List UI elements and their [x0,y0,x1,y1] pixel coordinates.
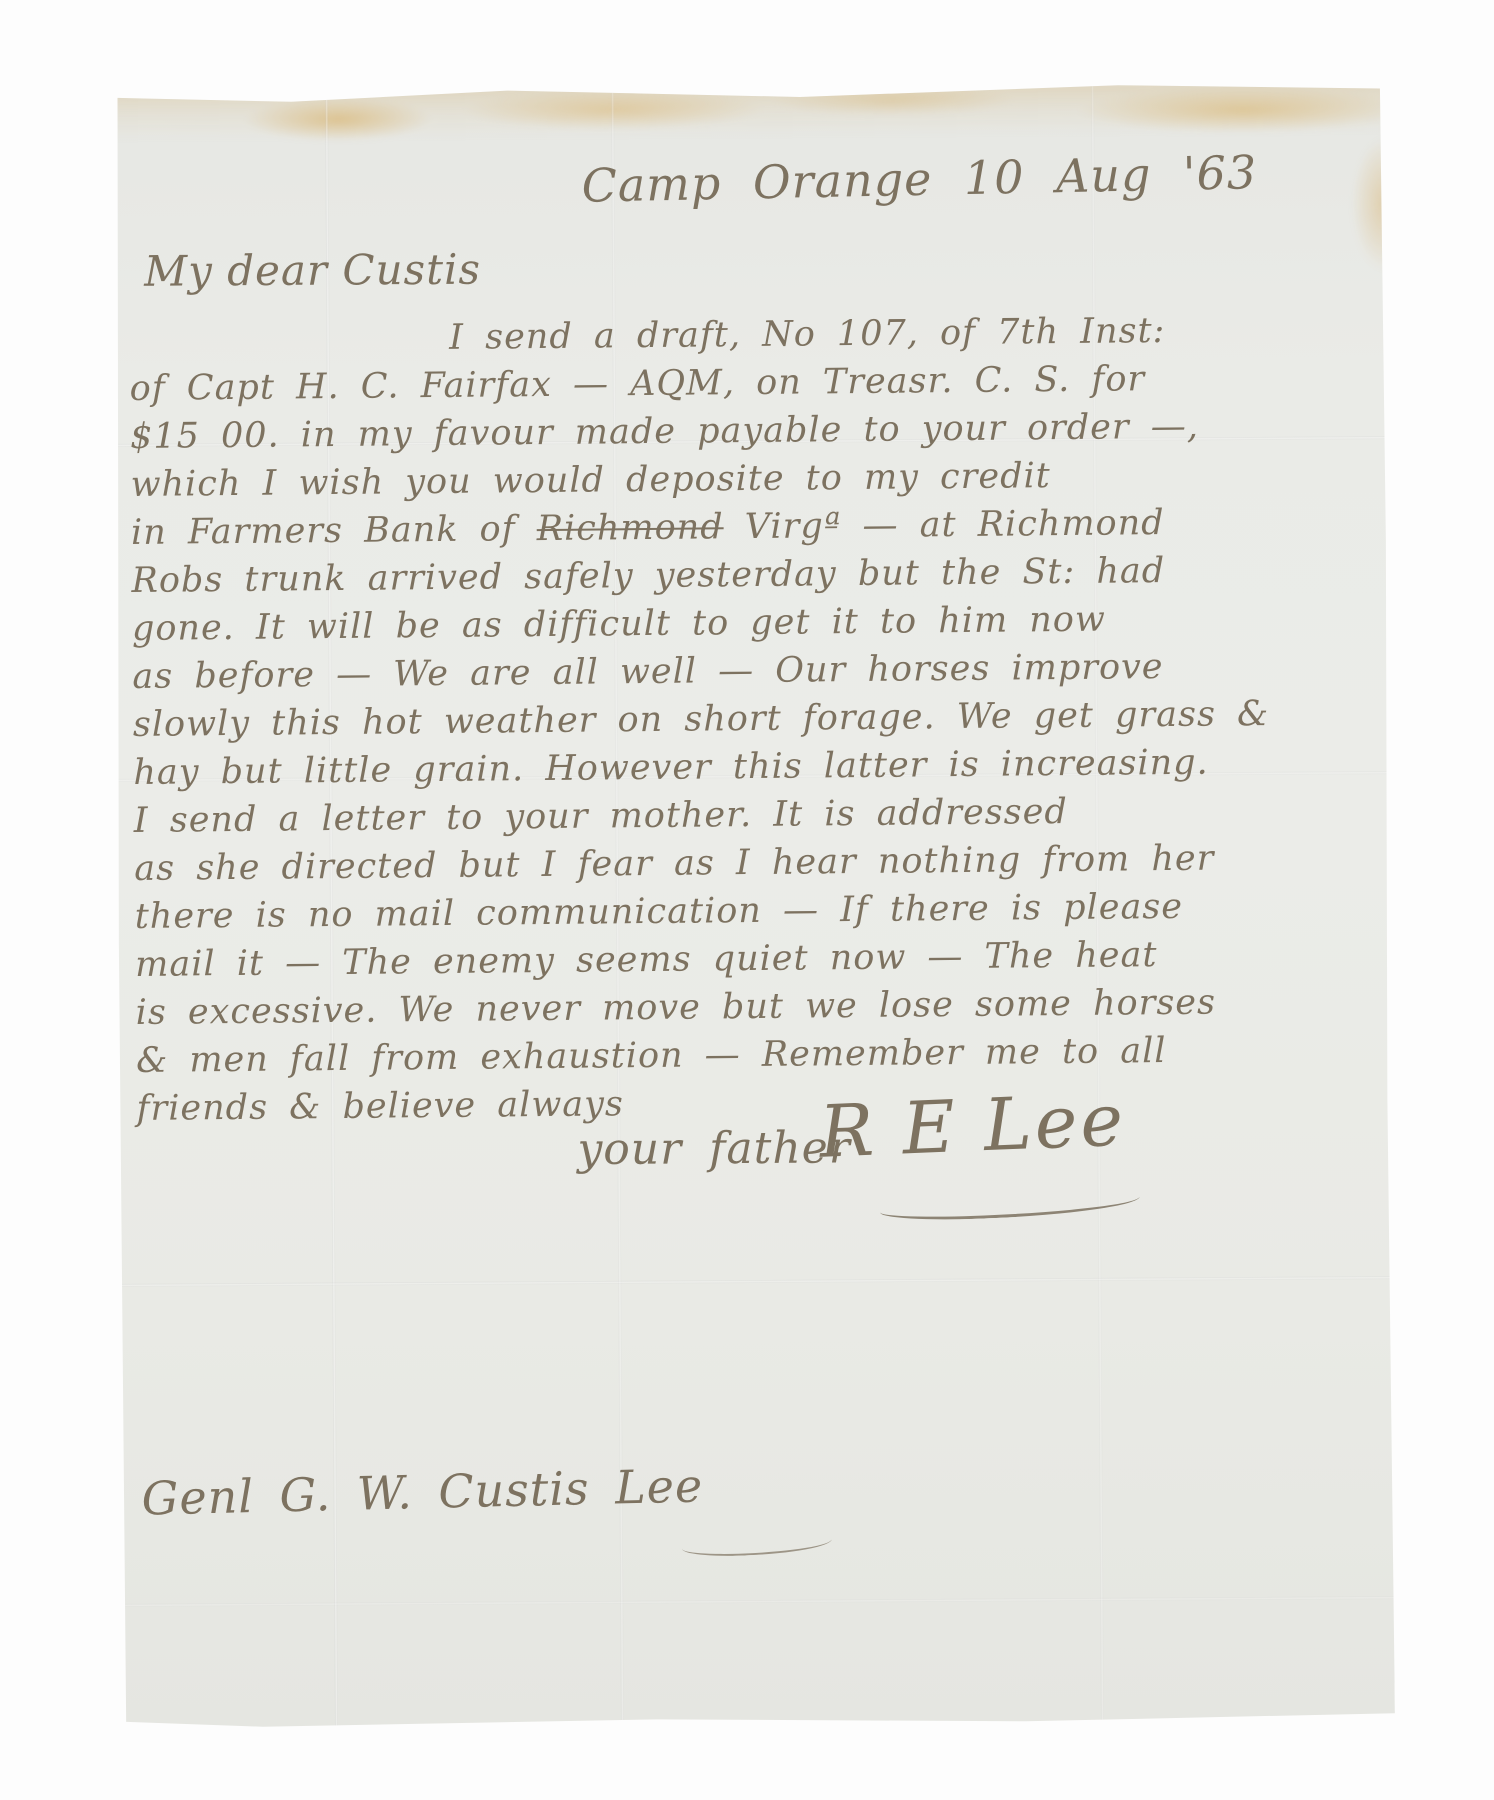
letter-body: I send a draft, No 107, of 7th Inst: of … [129,305,1377,1133]
struck-word-richmond: Richmond [537,507,724,549]
addressee-flourish [682,1530,833,1558]
signature-flourish [879,1186,1140,1223]
fold-crease-horizontal [120,1276,1392,1287]
fold-crease-horizontal [122,1596,1394,1607]
right-edge-stain [1329,136,1386,306]
bank-line-suffix: Virgª — at Richmond [723,503,1164,547]
letter-salutation: My dear Custis [144,245,481,296]
letter-closing: your father [577,1122,851,1175]
bank-line-prefix: in Farmers Bank of [131,509,537,553]
letter-scan-page: Camp Orange 10 Aug '63 My dear Custis I … [0,0,1494,1800]
letter-paper: Camp Orange 10 Aug '63 My dear Custis I … [113,81,1395,1731]
lee-signature: R E Lee [818,1077,1128,1174]
